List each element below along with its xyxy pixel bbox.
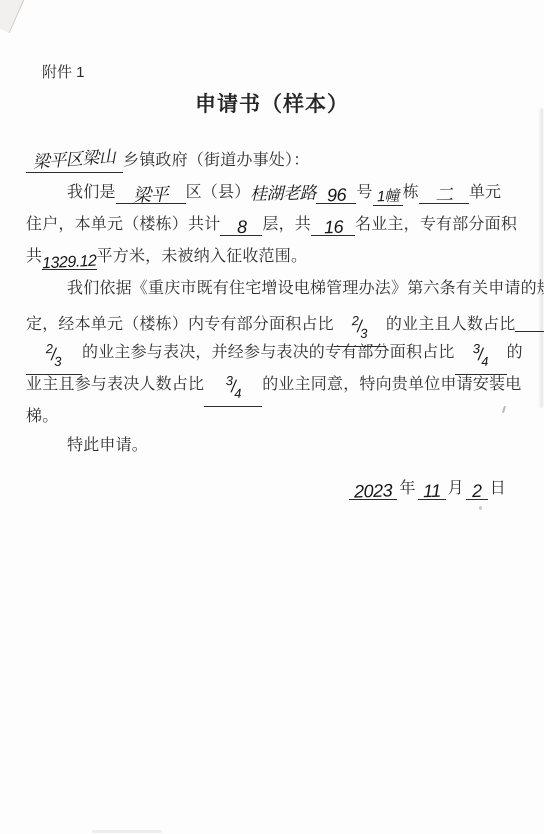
ratio-line-2: 2/3的业主参与表决，并经参与表决的专有部分面积占比3/4的 xyxy=(26,341,516,371)
scan-edge-shadow xyxy=(538,108,543,408)
scan-smudge xyxy=(92,830,162,833)
building-blank: 1幢 xyxy=(373,183,403,206)
ratio2-text-1: 的业主参与表决，并经参与表决的专有部分面积占比 xyxy=(82,344,455,361)
street-handwriting: 桂湖老路 xyxy=(250,184,316,203)
area-text-1: 共 xyxy=(26,248,42,265)
owners-blank: 16 xyxy=(311,213,355,236)
ratio-line-1: 定，经本单元（楼栋）内专有部分面积占比2/3的业主且人数占比 xyxy=(26,309,516,339)
fraction-denominator: 3 xyxy=(360,326,368,341)
owner-ratio-blank-lead xyxy=(515,309,544,332)
closing-text: 特此申请。 xyxy=(67,437,148,454)
salutation-line: 梁平区梁山 乡镇政府（街道办事处）： xyxy=(26,149,516,179)
owner-ratio-fraction-2: 3/4 xyxy=(225,369,241,407)
scan-corner-artifact xyxy=(0,0,27,33)
address-line: 我们是梁平区（县）桂湖老路96号1幢栋二单元 xyxy=(26,181,516,211)
number-label: 号 xyxy=(356,184,372,201)
day-label: 日 xyxy=(490,480,506,497)
month-label: 月 xyxy=(448,480,464,497)
law-line: 我们依据《重庆市既有住宅增设电梯管理办法》第六条有关申请的规 xyxy=(26,277,516,307)
area-line: 共1329.12平方米，未被纳入征收范围。 xyxy=(26,245,516,275)
owners-handwriting: 16 xyxy=(323,218,343,237)
page-title: 申请书（样本） xyxy=(0,88,544,118)
fraction-denominator: 4 xyxy=(481,354,489,369)
ratio1-text-2: 的业主且人数占比 xyxy=(386,316,516,333)
stats-text-3: 名业主，专有部分面积 xyxy=(355,216,517,233)
year-blank: 2023 xyxy=(349,477,397,500)
day-blank: 2 xyxy=(466,477,488,500)
ratio-line-4: 梯。 xyxy=(26,405,516,435)
month-blank: 11 xyxy=(418,477,446,500)
building-label: 栋 xyxy=(403,184,419,201)
fraction-denominator: 4 xyxy=(234,386,242,401)
unit-blank: 二 xyxy=(419,181,469,204)
floors-blank: 8 xyxy=(220,213,262,236)
stats-text-1: 住户，本单元（楼栋）共计 xyxy=(26,216,220,233)
ratio3-text-1: 业主且参与表决人数占比 xyxy=(26,376,204,393)
government-name-handwriting: 梁平区梁山 xyxy=(33,148,117,172)
area-ratio-fraction-2: 3/4 xyxy=(472,337,488,375)
year-handwriting: 2023 xyxy=(354,481,393,500)
law-text: 我们依据《重庆市既有住宅增设电梯管理办法》第六条有关申请的规 xyxy=(67,280,544,297)
scanned-application-document: 附件 1 申请书（样本） 梁平区梁山 乡镇政府（街道办事处）： 我们是梁平区（县… xyxy=(0,0,544,834)
date-line: 2023年11月2日 xyxy=(347,477,506,501)
floors-handwriting: 8 xyxy=(236,218,246,236)
month-handwriting: 11 xyxy=(422,482,440,501)
area-handwriting: 1329.12 xyxy=(42,253,97,274)
stats-line: 住户，本单元（楼栋）共计8层，共16名业主，专有部分面积 xyxy=(26,213,516,243)
ratio1-text-1: 定，经本单元（楼栋）内专有部分面积占比 xyxy=(26,316,334,333)
district-label: 区（县） xyxy=(186,184,251,201)
street-number-blank: 96 xyxy=(316,181,356,204)
unit-handwriting: 二 xyxy=(435,186,453,205)
fraction-denominator: 3 xyxy=(54,354,62,369)
owner-ratio-blank-2: 3/4 xyxy=(204,384,262,407)
district-blank: 梁平 xyxy=(116,181,186,204)
government-name-blank: 梁平区梁山 xyxy=(26,150,123,173)
district-handwriting: 梁平 xyxy=(133,185,169,204)
ratio2-text-2: 的 xyxy=(507,344,523,361)
stats-text-2: 层，共 xyxy=(262,216,311,233)
scan-speck xyxy=(479,506,482,510)
ratio4-text: 梯。 xyxy=(26,408,58,425)
day-handwriting: 2 xyxy=(472,482,482,500)
area-ratio-blank-2: 3/4 xyxy=(455,352,507,375)
building-handwriting: 1幢 xyxy=(377,188,399,207)
salutation-printed-text: 乡镇政府（街道办事处）： xyxy=(123,152,309,169)
ratio-line-3: 业主且参与表决人数占比3/4的业主同意，特向贵单位申请安装电 xyxy=(26,373,516,403)
unit-label: 单元 xyxy=(469,184,501,201)
we-are-label: 我们是 xyxy=(67,184,116,201)
year-label: 年 xyxy=(399,480,415,497)
street-number-handwriting: 96 xyxy=(327,186,347,205)
closing-line: 特此申请。 xyxy=(26,434,516,464)
ratio3-text-2: 的业主同意，特向贵单位申请安装电 xyxy=(262,376,521,393)
owner-ratio-fraction-1: 2/3 xyxy=(46,337,62,375)
attachment-label: 附件 1 xyxy=(42,61,85,82)
owner-ratio-blank-1: 2/3 xyxy=(26,352,82,375)
area-blank: 1329.12 xyxy=(42,247,96,270)
area-text-2: 平方米，未被纳入征收范围。 xyxy=(97,248,308,265)
